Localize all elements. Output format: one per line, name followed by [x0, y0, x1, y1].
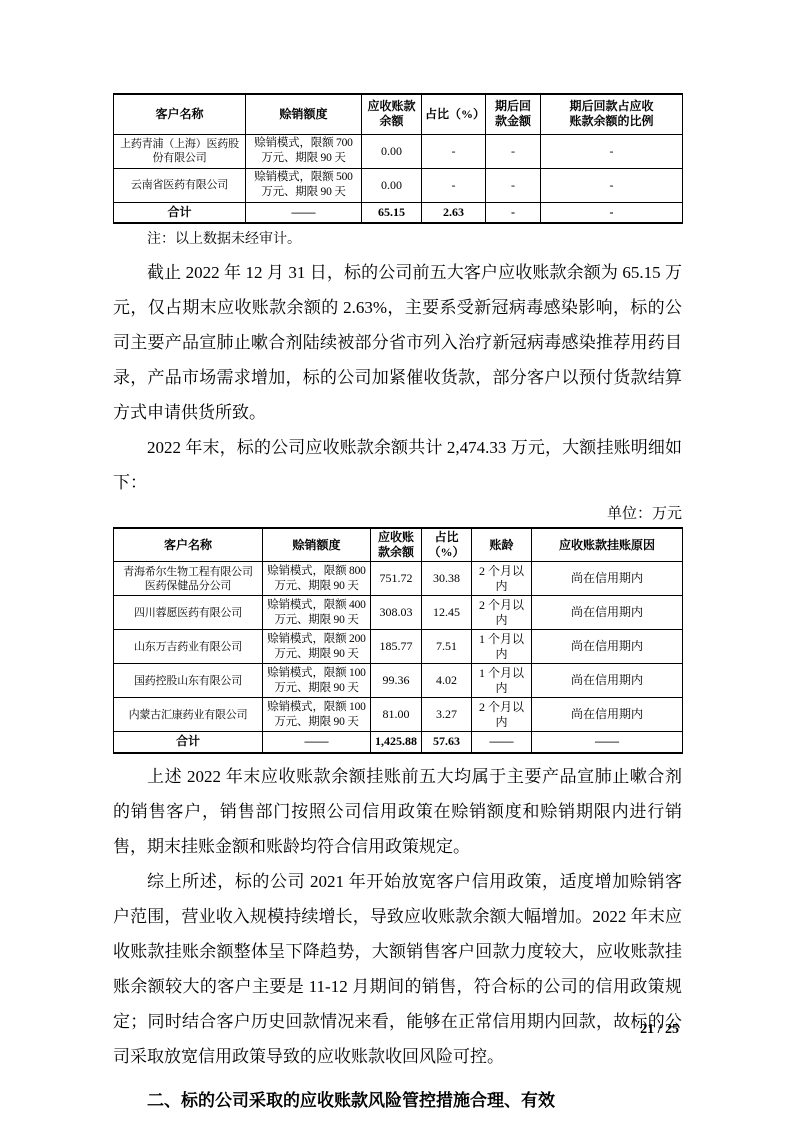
table1-header-customer-name: 客户名称: [114, 94, 246, 134]
table2-header-outstanding-reason: 应收账款挂账原因: [532, 528, 683, 562]
cell-total-aging-dash: ——: [472, 732, 532, 753]
cell-receivable-balance: 0.00: [362, 168, 422, 202]
cell-credit-terms: 赊销模式，限额 500 万元、期限 90 天: [246, 168, 362, 202]
cell-total-label: 合计: [114, 732, 263, 753]
cell-outstanding-reason: 尚在信用期内: [532, 596, 683, 630]
cell-credit-terms: 赊销模式，限额 700 万元、期限 90 天: [246, 134, 362, 168]
cell-ratio: 12.45: [422, 596, 472, 630]
cell-aging: 1 个月以 内: [472, 630, 532, 664]
cell-ratio: 7.51: [422, 630, 472, 664]
cell-total-credit-dash: ——: [246, 202, 362, 223]
cell-customer-name: 内蒙古汇康药业有限公司: [114, 698, 263, 732]
table2-row-2: 四川蓉愿医药有限公司 赊销模式，限额 400 万元、期限 90 天 308.03…: [114, 596, 683, 630]
page-number: 21 / 25: [640, 1022, 679, 1038]
cell-post-period-ratio: -: [541, 134, 683, 168]
cell-aging: 2 个月以 内: [472, 698, 532, 732]
table2-header-customer-name: 客户名称: [114, 528, 263, 562]
unit-label: 单位：万元: [113, 502, 682, 526]
table1-total-row: 合计 —— 65.15 2.63 - -: [114, 202, 683, 223]
cell-customer-name: 上药青浦（上海）医药股 份有限公司: [114, 134, 246, 168]
section-heading-2: 二、标的公司采取的应收账款风险管控措施合理、有效: [113, 1083, 682, 1118]
table2-row-1: 青海希尔生物工程有限公司 医药保健品分公司 赊销模式，限额 800 万元、期限 …: [114, 562, 683, 596]
cell-ratio: -: [422, 168, 486, 202]
document-page: 客户名称 赊销额度 应收账款 余额 占比（%） 期后回 款金额 期后回款占应收 …: [0, 0, 793, 1122]
table2-header-aging: 账龄: [472, 528, 532, 562]
cell-ratio: 3.27: [422, 698, 472, 732]
cell-receivable-balance: 99.36: [371, 664, 422, 698]
unaudited-note: 注：以上数据未经审计。: [113, 230, 682, 250]
cell-receivable-balance: 81.00: [371, 698, 422, 732]
table2-header-credit-terms: 赊销额度: [263, 528, 371, 562]
table1-header-receivable-balance: 应收账款 余额: [362, 94, 422, 134]
table2-header-receivable-balance: 应收账 款余额: [371, 528, 422, 562]
large-outstanding-receivables-table: 客户名称 赊销额度 应收账 款余额 占比 （%） 账龄 应收账款挂账原因 青海希…: [113, 527, 683, 754]
cell-total-balance: 1,425.88: [371, 732, 422, 753]
cell-credit-terms: 赊销模式，限额 100 万元、期限 90 天: [263, 664, 371, 698]
cell-outstanding-reason: 尚在信用期内: [532, 698, 683, 732]
cell-aging: 2 个月以 内: [472, 596, 532, 630]
cell-total-reason-dash: ——: [532, 732, 683, 753]
table1-header-post-period-amount: 期后回 款金额: [486, 94, 541, 134]
cell-outstanding-reason: 尚在信用期内: [532, 664, 683, 698]
table2-row-4: 国药控股山东有限公司 赊销模式，限额 100 万元、期限 90 天 99.36 …: [114, 664, 683, 698]
cell-credit-terms: 赊销模式，限额 400 万元、期限 90 天: [263, 596, 371, 630]
paragraph-top5-receivables: 截止 2022 年 12 月 31 日，标的公司前五大客户应收账款余额为 65.…: [113, 255, 682, 430]
cell-credit-terms: 赊销模式，限额 800 万元、期限 90 天: [263, 562, 371, 596]
cell-total-credit-dash: ——: [263, 732, 371, 753]
cell-total-balance: 65.15: [362, 202, 422, 223]
cell-post-period-ratio: -: [541, 168, 683, 202]
table1-header-ratio: 占比（%）: [422, 94, 486, 134]
cell-outstanding-reason: 尚在信用期内: [532, 562, 683, 596]
cell-customer-name: 云南省医药有限公司: [114, 168, 246, 202]
cell-credit-terms: 赊销模式，限额 100 万元、期限 90 天: [263, 698, 371, 732]
table2-row-5: 内蒙古汇康药业有限公司 赊销模式，限额 100 万元、期限 90 天 81.00…: [114, 698, 683, 732]
top5-customers-post-period-table: 客户名称 赊销额度 应收账款 余额 占比（%） 期后回 款金额 期后回款占应收 …: [113, 93, 683, 224]
table1-row-1: 上药青浦（上海）医药股 份有限公司 赊销模式，限额 700 万元、期限 90 天…: [114, 134, 683, 168]
cell-outstanding-reason: 尚在信用期内: [532, 630, 683, 664]
cell-total-ratio: 2.63: [422, 202, 486, 223]
table1-header-post-period-ratio: 期后回款占应收 账款余额的比例: [541, 94, 683, 134]
paragraph-yearend-balance: 2022 年末，标的公司应收账款余额共计 2,474.33 万元，大额挂账明细如…: [113, 430, 682, 500]
cell-customer-name: 山东万吉药业有限公司: [114, 630, 263, 664]
cell-ratio: 30.38: [422, 562, 472, 596]
cell-post-period-amount: -: [486, 134, 541, 168]
table1-header-row: 客户名称 赊销额度 应收账款 余额 占比（%） 期后回 款金额 期后回款占应收 …: [114, 94, 683, 134]
cell-receivable-balance: 751.72: [371, 562, 422, 596]
cell-receivable-balance: 0.00: [362, 134, 422, 168]
cell-total-post-period-ratio: -: [541, 202, 683, 223]
cell-ratio: 4.02: [422, 664, 472, 698]
cell-total-label: 合计: [114, 202, 246, 223]
cell-aging: 2 个月以 内: [472, 562, 532, 596]
cell-aging: 1 个月以 内: [472, 664, 532, 698]
cell-total-ratio: 57.63: [422, 732, 472, 753]
table1-header-credit-terms: 赊销额度: [246, 94, 362, 134]
table2-header-row: 客户名称 赊销额度 应收账 款余额 占比 （%） 账龄 应收账款挂账原因: [114, 528, 683, 562]
cell-customer-name: 国药控股山东有限公司: [114, 664, 263, 698]
table2-row-3: 山东万吉药业有限公司 赊销模式，限额 200 万元、期限 90 天 185.77…: [114, 630, 683, 664]
table2-header-ratio: 占比 （%）: [422, 528, 472, 562]
cell-receivable-balance: 185.77: [371, 630, 422, 664]
cell-ratio: -: [422, 134, 486, 168]
table2-total-row: 合计 —— 1,425.88 57.63 —— ——: [114, 732, 683, 753]
paragraph-summary-conclusion: 综上所述，标的公司 2021 年开始放宽客户信用政策，适度增加赊销客户范围，营业…: [113, 864, 682, 1074]
table1-row-2: 云南省医药有限公司 赊销模式，限额 500 万元、期限 90 天 0.00 - …: [114, 168, 683, 202]
cell-post-period-amount: -: [486, 168, 541, 202]
cell-customer-name: 青海希尔生物工程有限公司 医药保健品分公司: [114, 562, 263, 596]
cell-receivable-balance: 308.03: [371, 596, 422, 630]
paragraph-top5-credit-policy: 上述 2022 年末应收账款余额挂账前五大均属于主要产品宣肺止嗽合剂的销售客户，…: [113, 759, 682, 864]
cell-total-post-period-amount: -: [486, 202, 541, 223]
cell-customer-name: 四川蓉愿医药有限公司: [114, 596, 263, 630]
cell-credit-terms: 赊销模式，限额 200 万元、期限 90 天: [263, 630, 371, 664]
